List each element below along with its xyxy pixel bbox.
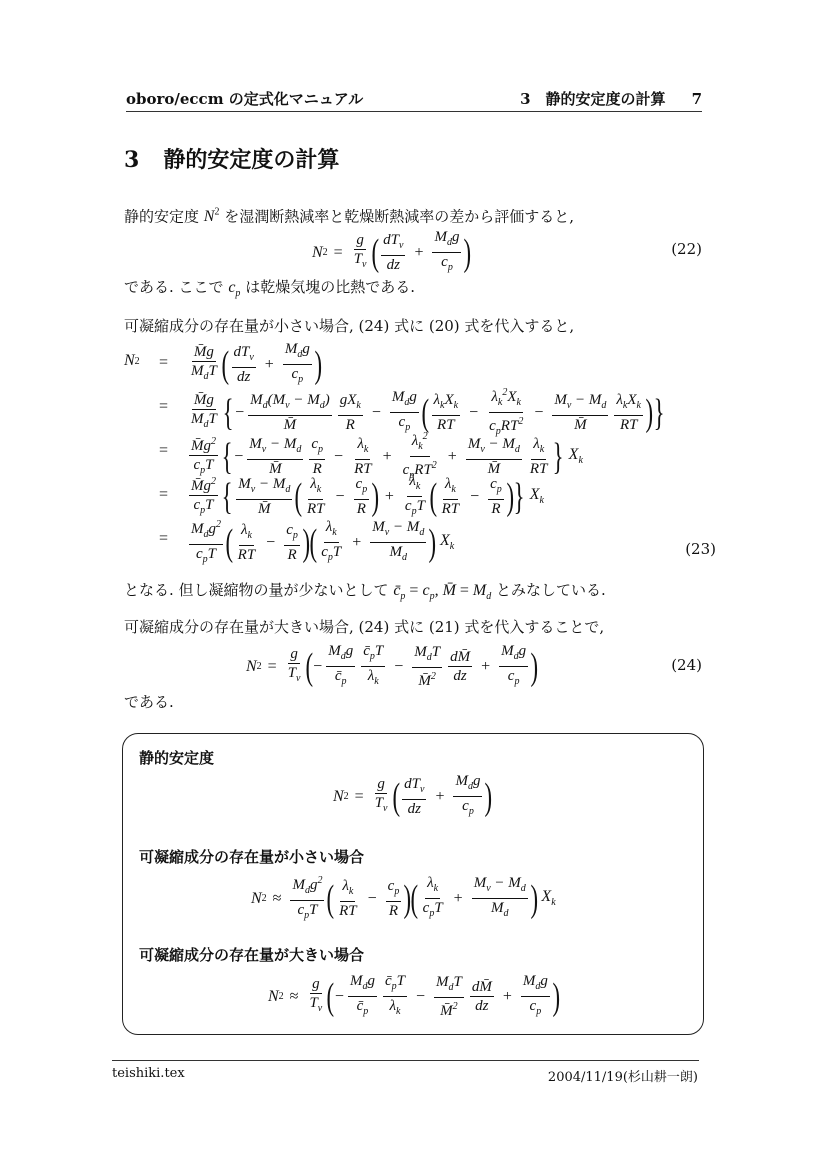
footer-rule [112,1060,699,1061]
equation-number: (24) [671,656,702,674]
lhs: N2 [124,352,164,370]
summary-heading-large: 可凝縮成分の存在量が大きい場合 [139,944,364,965]
summary-heading-static-stability: 静的安定度 [139,747,214,768]
header-rule [126,111,702,112]
text: は乾燥気塊の比熱である. [240,278,415,296]
paragraph-small-case: 可凝縮成分の存在量が小さい場合, (24) 式に (20) 式を代入すると, [124,316,574,336]
summary-heading-small: 可凝縮成分の存在量が小さい場合 [139,846,364,867]
footer-date-author: 2004/11/19(杉山耕一朗) [548,1066,698,1085]
paragraph-intro: 静的安定度 N2 を湿潤断熱減率と乾燥断熱減率の差から評価すると, [124,203,574,227]
summary-formula-3: N2≈ gTv (− Mdgc̄p c̄pTλk− MdTM̄2 dM̄dz+ … [268,972,560,1021]
text: である. ここで [124,278,228,296]
section-title: 静的安定度の計算 [163,148,339,173]
section-heading: 3静的安定度の計算 [124,143,339,174]
equation-number: (22) [671,240,702,258]
header-right: 3 静的安定度の計算7 [494,88,702,109]
math-cp: cp [228,279,240,296]
text: 静的安定度 [124,207,204,225]
paragraph-assumption: となる. 但し凝縮物の量が少ないとして c̄p = cp, M̄ = Md とみ… [124,580,606,607]
page-number: 7 [692,90,702,108]
equation-number: (23) [685,540,716,558]
formula: N2= gTv (− Mdgc̄p c̄pTλk− MdTM̄2 dM̄dz+ … [246,642,538,691]
equation-24: N2= gTv (− Mdgc̄p c̄pTλk− MdTM̄2 dM̄dz+ … [124,642,702,690]
paragraph-large-case: 可凝縮成分の存在量が大きい場合, (24) 式に (21) 式を代入することで, [124,617,604,637]
summary-formula-2: N2≈ Mdg2cpT (λkRT−cpR) (λkcpT+Mv − MdMd)… [251,872,556,925]
header-title: oboro/eccm の定式化マニュアル [126,88,363,109]
paragraph-cp-definition: である. ここで cp は乾燥気塊の比熱である. [124,277,415,304]
summary-formula-1: N2= gTv (dTvdz+Mdgcp) [333,772,492,821]
math-assumption: c̄p = cp, M̄ = Md [393,582,491,599]
paragraph-end: である. [124,692,174,712]
equation-23: N2 = M̄gMdT (dTvdz+Mdgcp) = M̄gMdT {− Md… [124,340,714,575]
formula: N2= gTv ( dTvdz + Mdgcp ) [312,228,471,277]
equation-22: N2= gTv ( dTvdz + Mdgcp ) (22) [124,228,702,274]
text: とみなしている. [491,581,606,599]
header-section: 3 静的安定度の計算 [520,90,665,108]
text: となる. 但し凝縮物の量が少ないとして [124,581,393,599]
text: を湿潤断熱減率と乾燥断熱減率の差から評価すると, [219,207,574,225]
summary-box: 静的安定度 N2= gTv (dTvdz+Mdgcp) 可凝縮成分の存在量が小さ… [122,733,704,1035]
eq23-line-4: M̄g2cpT { Mv − MdM̄ (λkRT−cpR) + λkcpT (… [186,472,544,521]
math-N2: N2 [204,208,220,225]
eq23-line-5: Mdg2cpT (λkRT−cpR) (λkcpT+Mv − MdMd) Xk [186,516,454,569]
eq23-line-1: M̄gMdT (dTvdz+Mdgcp) [186,340,321,389]
section-number: 3 [124,147,139,173]
footer-filename: teishiki.tex [112,1066,185,1081]
